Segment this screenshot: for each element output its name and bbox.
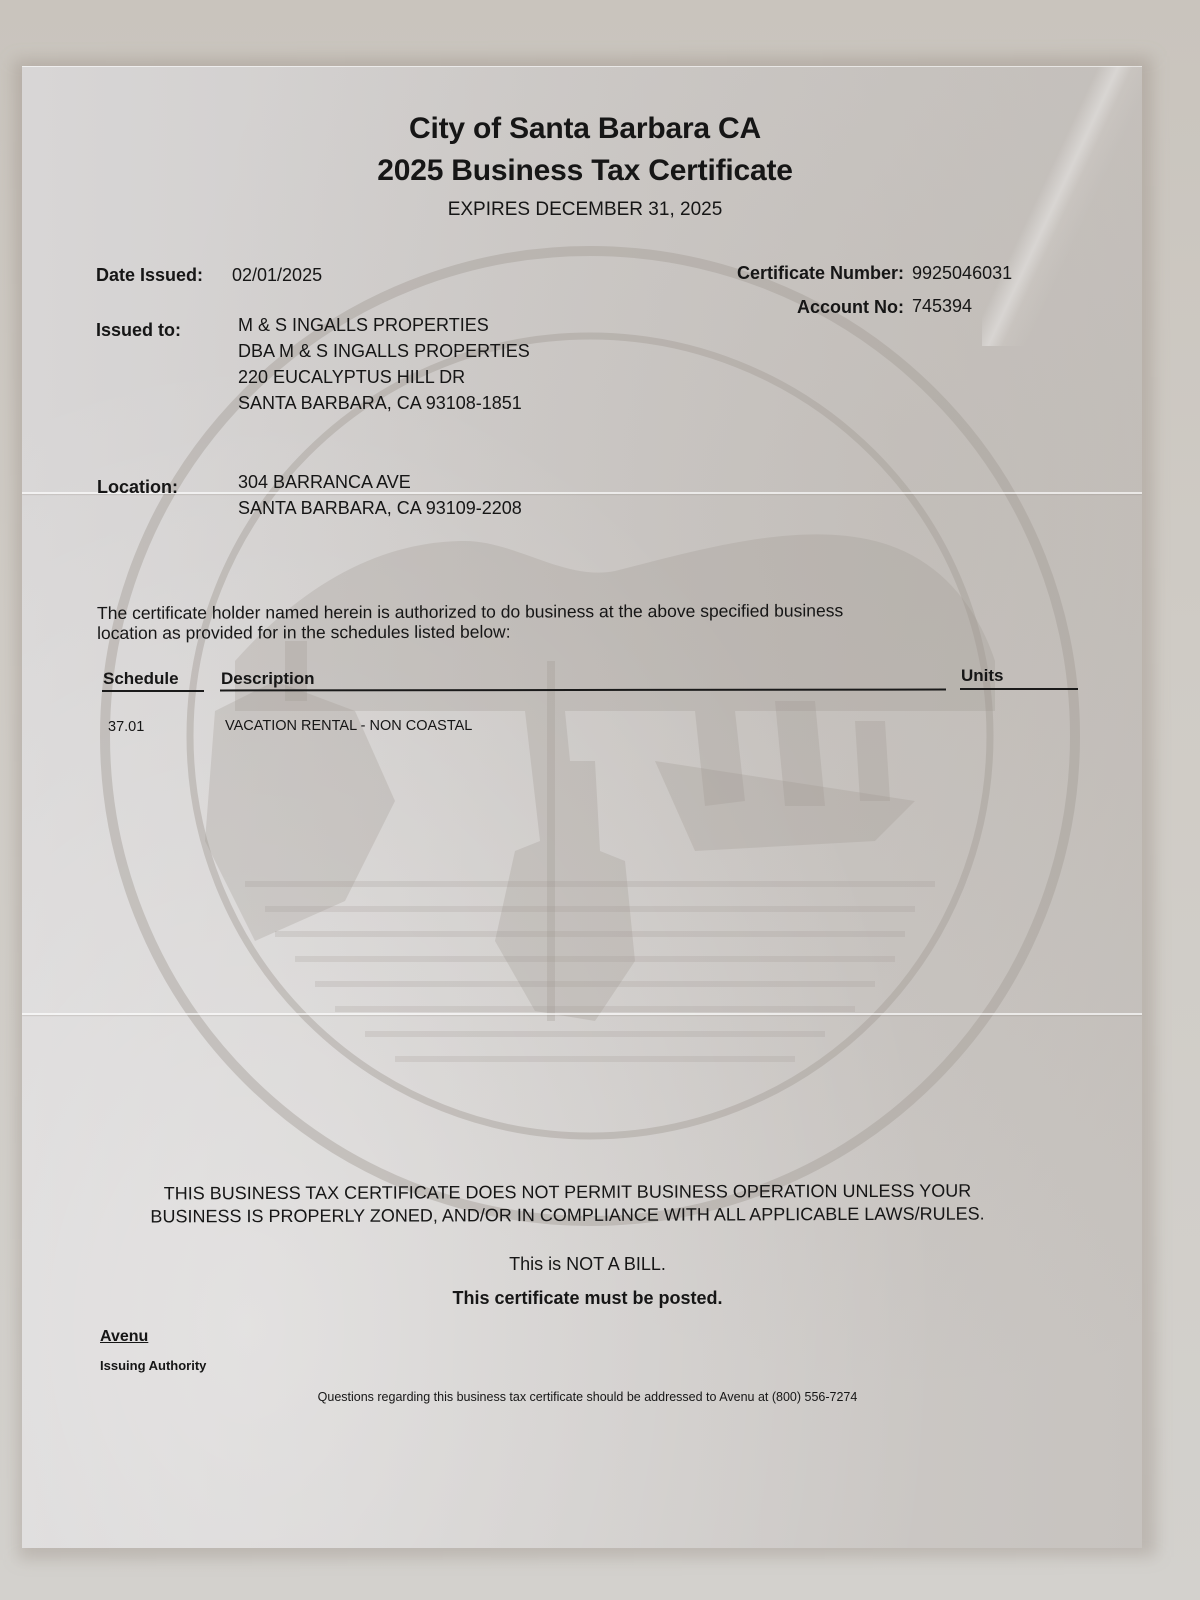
- column-rule: [960, 688, 1078, 690]
- issued-to-line: M & S INGALLS PROPERTIES: [238, 312, 530, 338]
- issuing-authority-name: Avenu: [100, 1328, 148, 1346]
- issued-to-line: 220 EUCALYPTUS HILL DR: [238, 364, 530, 390]
- not-a-bill-notice: This is NOT A BILL.: [0, 1254, 1175, 1275]
- contact-info: Questions regarding this business tax ce…: [0, 1390, 1175, 1404]
- certificate-paper: [22, 66, 1142, 1548]
- schedule-code: 37.01: [108, 719, 144, 735]
- expiration-date: EXPIRES DECEMBER 31, 2025: [0, 199, 1170, 221]
- column-header-schedule: Schedule: [103, 669, 179, 689]
- issued-to-line: DBA M & S INGALLS PROPERTIES: [238, 338, 530, 364]
- issued-to-address: M & S INGALLS PROPERTIES DBA M & S INGAL…: [238, 312, 530, 416]
- certificate-number-value: 9925046031: [912, 263, 1012, 284]
- fold-line: [22, 492, 1142, 494]
- schedule-description: VACATION RENTAL - NON COASTAL: [225, 718, 472, 734]
- issued-to-line: SANTA BARBARA, CA 93108-1851: [238, 390, 530, 416]
- location-address: 304 BARRANCA AVE SANTA BARBARA, CA 93109…: [238, 469, 522, 521]
- posting-requirement: This certificate must be posted.: [0, 1288, 1175, 1309]
- column-rule: [102, 690, 204, 692]
- column-header-units: Units: [961, 666, 1004, 686]
- column-header-description: Description: [221, 669, 315, 689]
- issued-to-label: Issued to:: [96, 320, 181, 341]
- zoning-warning: THIS BUSINESS TAX CERTIFICATE DOES NOT P…: [0, 1179, 1135, 1229]
- document-subtitle: 2025 Business Tax Certificate: [0, 154, 1170, 188]
- account-number-value: 745394: [912, 296, 972, 317]
- authorization-statement: The certificate holder named herein is a…: [97, 600, 843, 643]
- document-title: City of Santa Barbara CA: [0, 112, 1170, 146]
- location-line: 304 BARRANCA AVE: [238, 469, 522, 495]
- location-line: SANTA BARBARA, CA 93109-2208: [238, 495, 522, 521]
- certificate-number-label: Certificate Number:: [0, 263, 904, 284]
- fold-line: [22, 1013, 1142, 1015]
- issuing-authority-label: Issuing Authority: [100, 1358, 206, 1373]
- location-label: Location:: [97, 477, 178, 498]
